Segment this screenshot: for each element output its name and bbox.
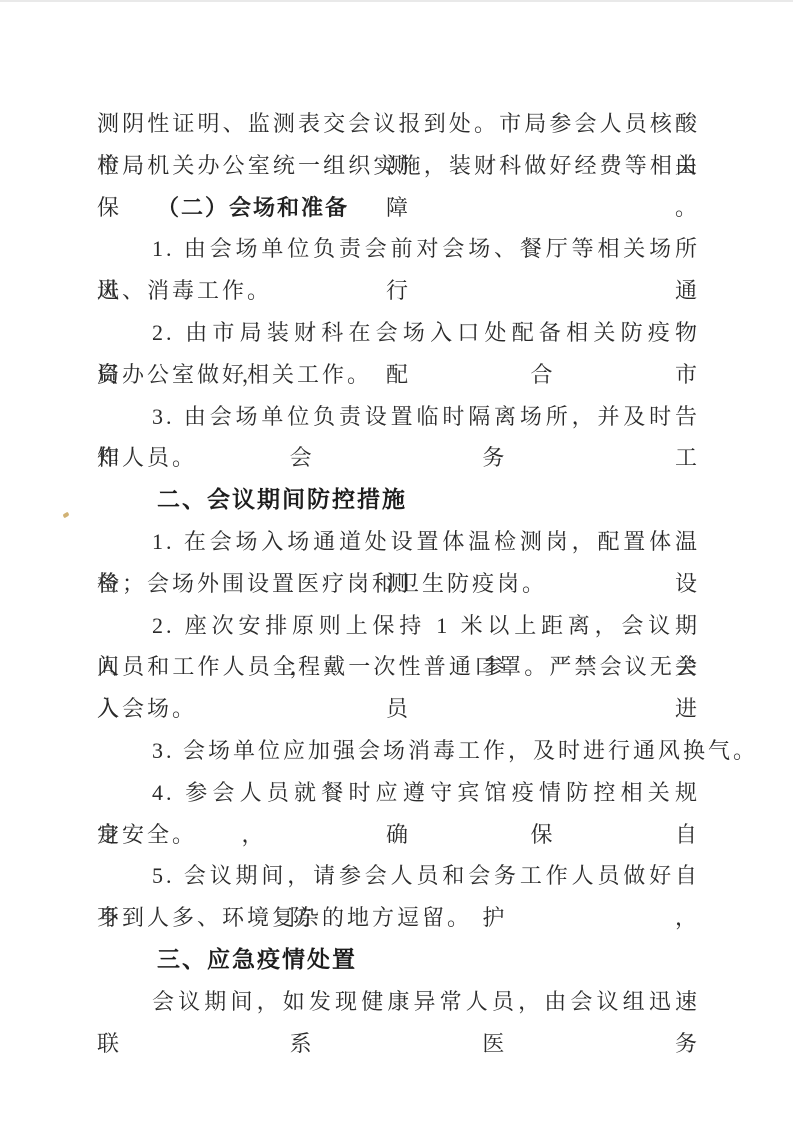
document-line: 2. 由市局装财科在会场入口处配备相关防疫物资，配合市 — [97, 312, 700, 354]
document-line: 会议期间，如发现健康异常人员，由会议组迅速联系医务 — [97, 981, 700, 1023]
document-page: 测阴性证明、监测表交会议报到处。市局参会人员核酸检测由市局机关办公室统一组织实施… — [0, 0, 793, 1122]
section-heading: 三、应急疫情处置 — [97, 939, 700, 981]
document-line: 测阴性证明、监测表交会议报到处。市局参会人员核酸检测由 — [97, 103, 700, 145]
document-line: 3. 由会场单位负责设置临时隔离场所，并及时告知会务工 — [97, 396, 700, 438]
document-line: 市局机关办公室统一组织实施，装财科做好经费等相关保障。 — [97, 145, 700, 187]
scan-speck-artifact — [62, 512, 69, 518]
document-line: 5. 会议期间，请参会人员和会务工作人员做好自身防护， — [97, 855, 700, 897]
document-line: 4. 参会人员就餐时应遵守宾馆疫情防控相关规定，确保自 — [97, 772, 700, 814]
document-line: 1. 由会场单位负责会前对会场、餐厅等相关场所进行通 — [97, 228, 700, 270]
document-line: 2. 座次安排原则上保持 1 米以上距离，会议期间，参会 — [97, 605, 700, 647]
document-line: 1. 在会场入场通道处设置体温检测岗，配置体温检测设 — [97, 521, 700, 563]
document-line: 人员和工作人员全程戴一次性普通口罩。严禁会议无关人员进 — [97, 646, 700, 688]
scan-edge-line — [0, 0, 793, 2]
document-line: 3. 会场单位应加强会场消毒工作，及时进行通风换气。 — [97, 730, 700, 772]
document-content: 测阴性证明、监测表交会议报到处。市局参会人员核酸检测由市局机关办公室统一组织实施… — [97, 103, 700, 1023]
section-heading: 二、会议期间防控措施 — [97, 479, 700, 521]
